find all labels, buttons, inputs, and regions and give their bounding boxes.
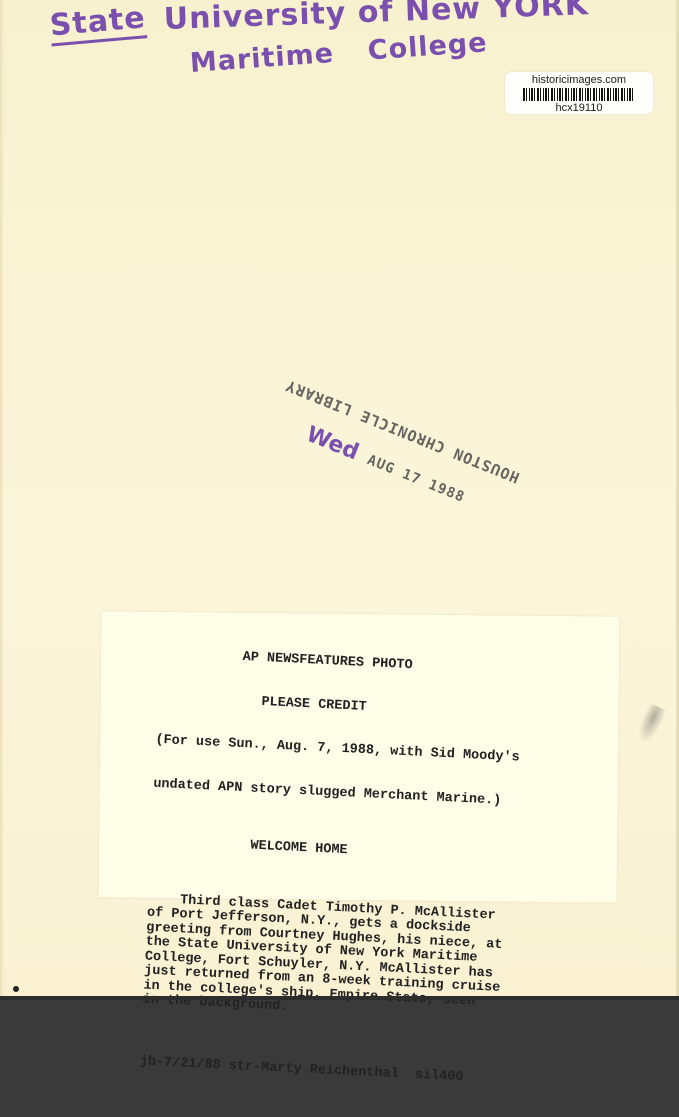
caption-usage-line-2: undated APN story slugged Merchant Marin… (153, 777, 518, 809)
barcode-label: historicimages.com hcx19110 (505, 72, 653, 114)
ink-smudge (632, 703, 667, 748)
handwritten-university-text: University of New YORK (163, 0, 589, 37)
barcode-icon (523, 88, 635, 101)
caption-header-agency: AP NEWSFEATURES PHOTO (159, 647, 524, 679)
library-date-stamp: HOUSTON CHRONICLE LIBRARY Wed AUG 17 198… (238, 346, 532, 573)
handwritten-college-word: College (367, 27, 489, 66)
caption-body: Third class Cadet Timothy P. McAllister … (142, 892, 512, 1000)
photo-back-page: StateUniversity of New YORK MaritimeColl… (0, 0, 679, 996)
handwritten-state-word: State (49, 3, 148, 46)
caption-header-credit: PLEASE CREDIT (157, 690, 522, 722)
handwritten-maritime-word: Maritime (189, 38, 335, 79)
caption-title: WELCOME HOME (150, 835, 515, 867)
barcode-id-text: hcx19110 (505, 102, 653, 114)
page-edge-shadow (0, 0, 4, 996)
caption-usage-line-1: (For use Sun., Aug. 7, 1988, with Sid Mo… (155, 734, 520, 766)
barcode-site-text: historicimages.com (505, 74, 653, 86)
punch-dot-mark (13, 986, 19, 992)
caption-slip: AP NEWSFEATURES PHOTO PLEASE CREDIT (For… (99, 611, 620, 902)
caption-text-block: AP NEWSFEATURES PHOTO PLEASE CREDIT (For… (138, 618, 526, 1000)
handwritten-title-line-1: StateUniversity of New YORK (49, 0, 589, 44)
stamp-handwritten-day: Wed (303, 422, 363, 465)
scan-bottom-edge (0, 996, 679, 1000)
